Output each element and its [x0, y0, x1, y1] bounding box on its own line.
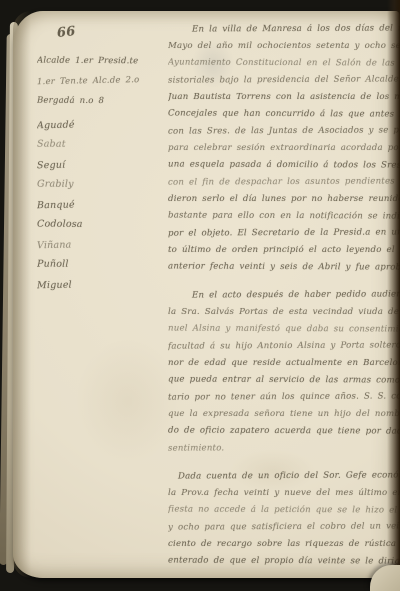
- manuscript-line: tario por no tener aún los quince años. …: [168, 388, 400, 406]
- manuscript-line: dieron serlo el día lunes por no haberse…: [168, 191, 400, 208]
- manuscript-text: En la villa de Manresa á los dos días de…: [168, 21, 400, 570]
- manuscript-line: con las Sres. de las Juntas de Asociados…: [168, 122, 400, 140]
- book-gutter-shadow: [387, 0, 400, 591]
- manuscript-line: to último de orden principió el acto ley…: [168, 242, 400, 259]
- manuscript-line: que la expresada señora tiene un hijo de…: [168, 406, 400, 423]
- book-photo: 66 Alcalde 1.er Presid.te1.er Ten.te Alc…: [0, 0, 400, 591]
- manuscript-line: Juan Bautista Torrens con la asistencia …: [168, 89, 400, 106]
- paragraph-consent-petition: En el acto después de haber pedido audie…: [168, 287, 400, 457]
- margin-attendee-name: Miguel: [37, 274, 155, 296]
- manuscript-line: sistoriales bajo la presidencia del Seño…: [168, 71, 400, 89]
- manuscript-line: enterado de que el propio día veinte se …: [168, 552, 400, 570]
- manuscript-line: ciento de recargo sobre las riquezas de …: [168, 536, 400, 553]
- paragraph-session-opening: En la villa de Manresa á los dos días de…: [168, 21, 400, 276]
- manuscript-line: nor de edad que reside actualmente en Ba…: [168, 355, 400, 372]
- manuscript-line: la Prov.a fecha veinti y nueve del mes ú…: [168, 485, 400, 502]
- margin-attendee-name: Alcalde 1.er Presid.te: [37, 51, 155, 72]
- paper-edge-shadow: [13, 11, 31, 578]
- manuscript-line: la Sra. Salvás Portas de esta vecindad v…: [168, 304, 400, 321]
- manuscript-line: Concejales que han concurrido á las que …: [168, 105, 400, 123]
- margin-attendee-name: Codolosa: [37, 215, 155, 236]
- manuscript-line: fiesta no accede á la petición que se le…: [168, 501, 400, 519]
- manuscript-line: una esquela pasada á domicilio á todos l…: [168, 156, 400, 174]
- margin-attendee-name: Bergadá n.o 8: [37, 91, 155, 112]
- manuscript-line: por el objeto. El Secretario de la Presi…: [168, 224, 400, 242]
- manuscript-line: Ayuntamiento Constitucional en el Salón …: [168, 54, 400, 72]
- margin-attendees-list: Alcalde 1.er Presid.te1.er Ten.te Alc.de…: [37, 51, 155, 295]
- manuscript-line: En la villa de Manresa á los dos días de…: [168, 20, 400, 38]
- manuscript-line: Dada cuenta de un oficio del Sor. Gefe e…: [168, 467, 400, 485]
- manuscript-line: do de oficio zapatero acuerda que tiene …: [168, 422, 400, 440]
- manuscript-line: y ocho para que satisficiera el cobro de…: [168, 518, 400, 536]
- manuscript-line: para celebrar sesión extraordinaria acor…: [168, 140, 400, 157]
- margin-attendee-name: Viñana: [37, 234, 155, 256]
- margin-attendee-name: Banqué: [37, 194, 155, 216]
- manuscript-line: En el acto después de haber pedido audie…: [168, 286, 400, 304]
- margin-attendee-name: Puñoll: [37, 255, 155, 276]
- manuscript-line: que pueda entrar al servicio de las arma…: [168, 371, 400, 389]
- page-number: 66: [56, 24, 76, 41]
- margin-attendee-name: Grabily: [37, 175, 155, 196]
- manuscript-line: anterior fecha veinti y seis de Abril y …: [168, 258, 400, 276]
- margin-attendee-name: Seguí: [37, 154, 155, 176]
- manuscript-line: nuel Alsina y manifestó que daba su cons…: [168, 320, 400, 338]
- manuscript-page: 66 Alcalde 1.er Presid.te1.er Ten.te Alc…: [13, 11, 400, 578]
- manuscript-line: facultad á su hijo Antonio Alsina y Port…: [168, 337, 400, 355]
- margin-attendee-name: Aguadé: [37, 114, 155, 136]
- paragraph-official-notice: Dada cuenta de un oficio del Sor. Gefe e…: [168, 468, 400, 570]
- margin-attendee-name: 1.er Ten.te Alc.de 2.o: [37, 70, 155, 92]
- manuscript-line: sentimiento.: [168, 439, 400, 457]
- manuscript-line: con el fin de despachar los asuntos pend…: [168, 173, 400, 191]
- manuscript-line: Mayo del año mil ochocientos setenta y o…: [168, 38, 400, 55]
- margin-attendee-name: Sabat: [37, 135, 155, 156]
- manuscript-line: bastante para ello con en la notificació…: [168, 207, 400, 225]
